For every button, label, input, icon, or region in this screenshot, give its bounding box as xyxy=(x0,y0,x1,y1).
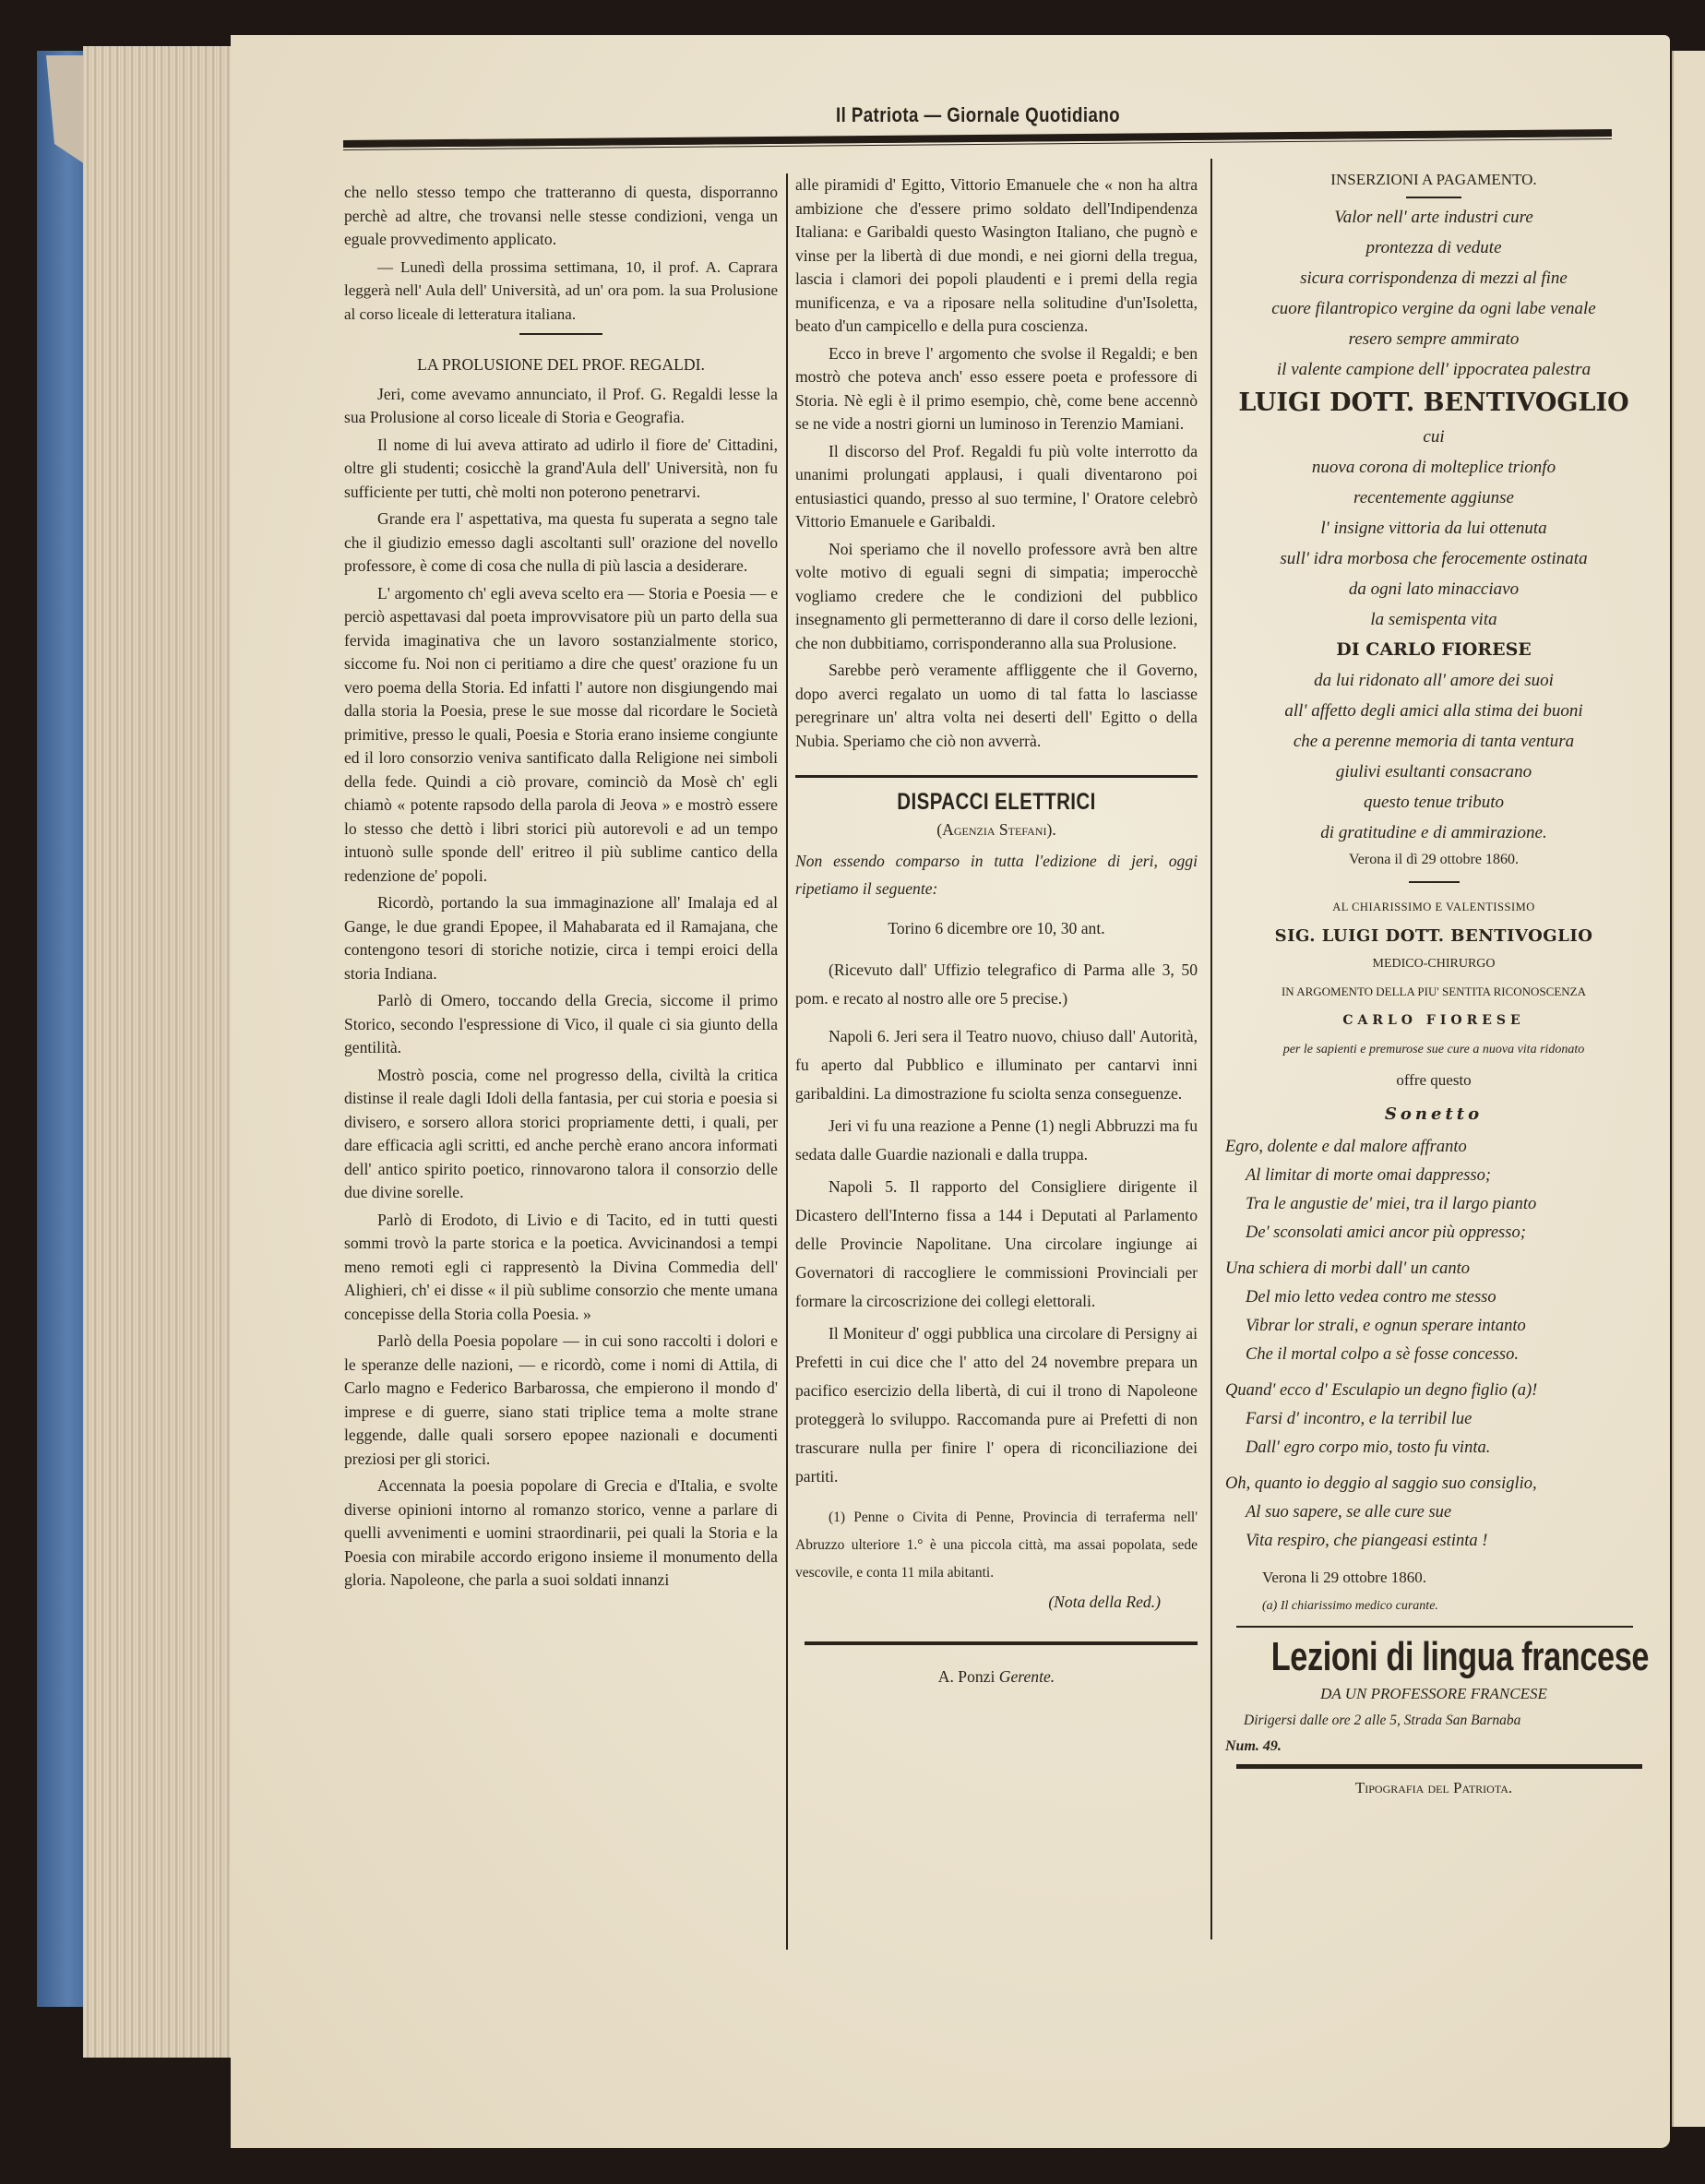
sonnet-line: Vibrar lor strali, e ognun sperare intan… xyxy=(1225,1312,1642,1341)
printer-credit: Tipografia del Patriota. xyxy=(1225,1778,1642,1798)
article-paragraph: L' argomento ch' egli aveva scelto era —… xyxy=(344,582,778,889)
signature-name: A. Ponzi xyxy=(938,1667,996,1686)
tribute-line: recentemente aggiunse xyxy=(1225,483,1642,513)
sonnet-date: Verona li 29 ottobre 1860. xyxy=(1225,1563,1642,1592)
intro-paragraph: — Lunedì della prossima settimana, 10, i… xyxy=(344,256,778,327)
sonnet-stanza: Egro, dolente e dal malore affranto Al l… xyxy=(1225,1133,1642,1247)
tribute-line: nuova corona di molteplice trionfo xyxy=(1225,452,1642,483)
article-paragraph: Mostrò poscia, come nel progresso della,… xyxy=(344,1064,778,1205)
patient-name: DI CARLO FIORESE xyxy=(1225,635,1642,665)
tribute-line: all' affetto degli amici alla stima dei … xyxy=(1225,696,1642,726)
article-paragraph: Parlò della Poesia popolare — in cui son… xyxy=(344,1330,778,1471)
sonnet-line: Farsi d' incontro, e la terribil lue xyxy=(1225,1405,1642,1434)
article-paragraph: Parlò di Omero, toccando della Grecia, s… xyxy=(344,989,778,1060)
article-continuation: alle piramidi d' Egitto, Vittorio Emanue… xyxy=(795,173,1198,339)
tribute-line: sull' idra morbosa che ferocemente ostin… xyxy=(1225,543,1642,574)
article-paragraph: Il nome di lui aveva attirato ad udirlo … xyxy=(344,434,778,505)
dedication-offers: offre questo xyxy=(1225,1065,1642,1096)
sonnet-line: De' sconsolati amici ancor più oppresso; xyxy=(1225,1219,1642,1247)
footnote-signature: (Nota della Red.) xyxy=(795,1591,1198,1615)
column-divider-2 xyxy=(1210,159,1212,1939)
dedication-reason: IN ARGOMENTO DELLA PIU' SENTITA RICONOSC… xyxy=(1225,978,1642,1006)
ad-title: Lezioni di lingua francese xyxy=(1271,1633,1597,1681)
book-binding xyxy=(37,51,88,2007)
sonnet-line: Tra le angustie de' miei, tra il largo p… xyxy=(1225,1190,1642,1219)
tribute-date: Verona il dì 29 ottobre 1860. xyxy=(1225,848,1642,872)
tribute-line: resero sempre ammirato xyxy=(1225,324,1642,354)
tribute-line: da ogni lato minacciavo xyxy=(1225,574,1642,604)
tribute-line: Valor nell' arte industri cure xyxy=(1225,202,1642,233)
sonnet-line: Oh, quanto io deggio al saggio suo consi… xyxy=(1225,1470,1642,1498)
section-divider xyxy=(1409,881,1460,883)
dedication-name: SIG. LUIGI DOTT. BENTIVOGLIO xyxy=(1225,923,1642,950)
signature-role: Gerente. xyxy=(999,1667,1055,1686)
sonnet: Egro, dolente e dal malore affranto Al l… xyxy=(1225,1133,1642,1620)
dispatches-received: (Ricevuto dall' Uffizio telegrafico di P… xyxy=(795,956,1198,1013)
article-paragraph: Noi speriamo che il novello professore a… xyxy=(795,538,1198,656)
bottom-rule xyxy=(1236,1764,1642,1769)
sonnet-line: Al limitar di morte omai dappresso; xyxy=(1225,1162,1642,1190)
sonnet-line: Al suo sapere, se alle cure sue xyxy=(1225,1498,1642,1527)
dispatch-item: Napoli 5. Il rapporto del Consigliere di… xyxy=(795,1173,1198,1316)
sonnet-line: Del mio letto vedea contro me stesso xyxy=(1225,1283,1642,1312)
doctor-name: LUIGI DOTT. BENTIVOGLIO xyxy=(1225,385,1642,422)
sonnet-line: Una schiera di morbi dall' un canto xyxy=(1225,1255,1642,1283)
sonnet-stanza: Una schiera di morbi dall' un canto Del … xyxy=(1225,1255,1642,1369)
tribute-line: che a perenne memoria di tanta ventura xyxy=(1225,726,1642,757)
dispatches-note: Non essendo comparso in tutta l'edizione… xyxy=(795,847,1198,902)
signature: A. Ponzi Gerente. xyxy=(795,1665,1198,1689)
dispatches-dateline: Torino 6 dicembre ore 10, 30 ant. xyxy=(795,917,1198,941)
tribute-line: l' insigne vittoria da lui ottenuta xyxy=(1225,513,1642,543)
article-paragraph: Accennata la poesia popolare di Grecia e… xyxy=(344,1474,778,1593)
section-divider xyxy=(519,333,602,335)
article-paragraph: Sarebbe però veramente affliggente che i… xyxy=(795,659,1198,753)
right-column: INSERZIONI A PAGAMENTO. Valor nell' arte… xyxy=(1225,164,1642,1798)
article-paragraph: Grande era l' aspettativa, ma questa fu … xyxy=(344,507,778,579)
sonnet-line: Vita respiro, che piangeasi estinta ! xyxy=(1225,1527,1642,1556)
tribute-line: cuore filantropico vergine da ogni labe … xyxy=(1225,293,1642,324)
dispatch-item: Il Moniteur d' oggi pubblica una circola… xyxy=(795,1319,1198,1491)
tribute-line: da lui ridonato all' amore dei suoi xyxy=(1225,665,1642,696)
tribute-line: sicura corrispondenza di mezzi al fine xyxy=(1225,263,1642,293)
section-title: INSERZIONI A PAGAMENTO. xyxy=(1225,164,1642,195)
page-stack-edge xyxy=(83,46,232,2058)
tribute-line: prontezza di vedute xyxy=(1225,233,1642,263)
dispatches-title-wrap: DISPACCI ELETTRICI xyxy=(795,791,1198,815)
dedication-title: MEDICO-CHIRURGO xyxy=(1225,950,1642,978)
tribute-line: giulivi esultanti consacrano xyxy=(1225,757,1642,787)
sonnet-line: Che il mortal colpo a sè fosse concesso. xyxy=(1225,1341,1642,1369)
sonnet-line: Quand' ecco d' Esculapio un degno figlio… xyxy=(1225,1377,1642,1405)
section-rule xyxy=(795,775,1198,778)
tribute-line: cui xyxy=(1225,422,1642,452)
sonnet-line: Dall' egro corpo mio, tosto fu vinta. xyxy=(1225,1434,1642,1462)
ad-rule xyxy=(1236,1626,1633,1628)
masthead: Il Patriota — Giornale Quotidiano xyxy=(429,103,1527,127)
dedication-from: CARLO FIORESE xyxy=(1225,1006,1642,1035)
poem-label: Sonetto xyxy=(1225,1096,1642,1133)
closing-rule xyxy=(805,1641,1198,1645)
column-divider-1 xyxy=(786,173,788,1950)
tribute-line: il valente campione dell' ippocratea pal… xyxy=(1225,354,1642,385)
article-paragraph: Ricordò, portando la sua immaginazione a… xyxy=(344,891,778,985)
sonnet-line: Egro, dolente e dal malore affranto xyxy=(1225,1133,1642,1162)
tribute-line: la semispenta vita xyxy=(1225,604,1642,635)
ad-number: Num. 49. xyxy=(1225,1735,1642,1759)
article-paragraph: Jeri, come avevamo annunciato, il Prof. … xyxy=(344,383,778,430)
dedication-to: AL CHIARISSIMO E VALENTISSIMO xyxy=(1225,892,1642,923)
section-divider xyxy=(1406,197,1461,198)
middle-column: alle piramidi d' Egitto, Vittorio Emanue… xyxy=(795,173,1198,1689)
article-paragraph: Ecco in breve l' argomento che svolse il… xyxy=(795,342,1198,436)
dedication-subline: per le sapienti e premurose sue cure a n… xyxy=(1225,1035,1642,1065)
sonnet-stanza: Oh, quanto io deggio al saggio suo consi… xyxy=(1225,1470,1642,1556)
next-page-edge xyxy=(1672,51,1705,2127)
footnote: (1) Penne o Civita di Penne, Provincia d… xyxy=(795,1504,1198,1587)
article-title: LA PROLUSIONE DEL PROF. REGALDI. xyxy=(344,353,778,377)
tribute-line: questo tenue tributo xyxy=(1225,787,1642,818)
ad-subtitle: DA UN PROFESSORE FRANCESE xyxy=(1225,1681,1642,1707)
dispatches-title: DISPACCI ELETTRICI xyxy=(831,791,1162,815)
dispatch-item: Napoli 6. Jeri sera il Teatro nuovo, chi… xyxy=(795,1022,1198,1108)
left-column: che nello stesso tempo che tratteranno d… xyxy=(344,181,778,1596)
tribute-line: di gratitudine e di ammirazione. xyxy=(1225,818,1642,848)
sonnet-stanza: Quand' ecco d' Esculapio un degno figlio… xyxy=(1225,1377,1642,1462)
article-paragraph: Parlò di Erodoto, di Livio e di Tacito, … xyxy=(344,1209,778,1327)
sonnet-note: (a) Il chiarissimo medico curante. xyxy=(1225,1592,1642,1620)
article-paragraph: Il discorso del Prof. Regaldi fu più vol… xyxy=(795,440,1198,534)
intro-paragraph: che nello stesso tempo che tratteranno d… xyxy=(344,181,778,252)
ad-address: Dirigersi dalle ore 2 alle 5, Strada San… xyxy=(1225,1707,1642,1735)
dispatch-item: Jeri vi fu una reazione a Penne (1) negl… xyxy=(795,1112,1198,1169)
dispatches-agency: (Agenzia Stefani). xyxy=(795,818,1198,842)
